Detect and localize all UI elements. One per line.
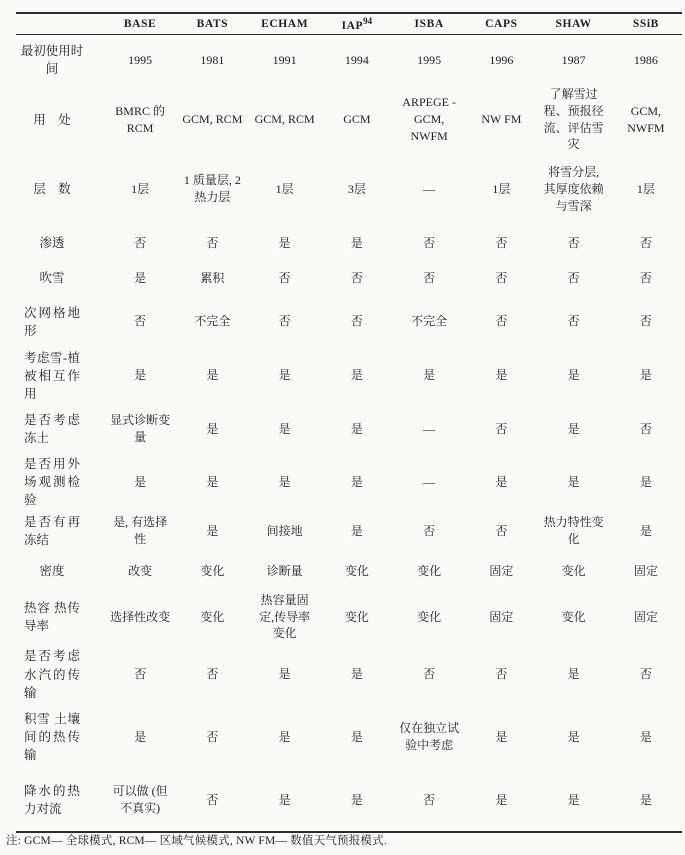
table-cell: 是 — [249, 225, 321, 261]
table-cell: 否 — [104, 295, 176, 348]
table-cell: 否 — [393, 770, 465, 832]
table-cell: 是 — [321, 770, 393, 832]
table-cell: 是 — [176, 455, 248, 509]
row-label: 是否用外场观测检验 — [16, 455, 104, 509]
table-row: 考虑雪-植被相互作用是是是是是是是是 — [16, 348, 682, 403]
column-header-label: SSiB — [633, 18, 659, 30]
column-header-label: ISBA — [415, 18, 444, 30]
table-cell: 可以做 (但不真实) — [104, 770, 176, 832]
table-cell: 是 — [249, 403, 321, 455]
table-cell: 1层 — [465, 153, 537, 225]
table-cell: 是 — [610, 510, 682, 553]
table-cell: 否 — [610, 403, 682, 455]
table-cell: 否 — [176, 225, 248, 261]
table-header-row: BASEBATSECHAMIAP94ISBACAPSSHAWSSiB — [16, 13, 682, 34]
table-cell: 将雪分层, 其厚度依赖与雪深 — [538, 153, 610, 225]
table-cell: 否 — [393, 645, 465, 705]
table-corner-cell — [16, 13, 104, 34]
row-label: 密度 — [16, 553, 104, 590]
table-cell: 否 — [610, 225, 682, 261]
table-footnote: 注: GCM— 全球模式, RCM— 区域气候模式, NW FM— 数值天气预报… — [6, 832, 676, 848]
row-label: 考虑雪-植被相互作用 — [16, 348, 104, 403]
row-label: 积雪 土壤间的热传输 — [16, 705, 104, 770]
table-cell: 1996 — [465, 34, 537, 86]
table-cell: 否 — [321, 295, 393, 348]
table-cell: 否 — [176, 705, 248, 770]
table-cell: 是 — [104, 348, 176, 403]
table-cell: 是 — [321, 225, 393, 261]
row-label: 渗透 — [16, 225, 104, 261]
table-cell: 否 — [610, 295, 682, 348]
table-cell: 是 — [538, 645, 610, 705]
table-cell: 否 — [249, 261, 321, 295]
table-cell: 是 — [610, 348, 682, 403]
table-cell: 1层 — [249, 153, 321, 225]
table-row: 用 处BMRC 的 RCMGCM, RCMGCM, RCMGCMARPEGE -… — [16, 86, 682, 153]
table-cell: 变化 — [176, 553, 248, 590]
table-cell: 是 — [465, 770, 537, 832]
column-header-base: BASE — [104, 13, 176, 34]
table-cell: 是 — [176, 348, 248, 403]
table-cell: 是 — [176, 510, 248, 553]
table-row: 密度改变变化诊断量变化变化固定变化固定 — [16, 553, 682, 590]
table-cell: 变化 — [393, 553, 465, 590]
table-cell: — — [393, 455, 465, 509]
table-cell: 否 — [538, 295, 610, 348]
row-label: 吹雪 — [16, 261, 104, 295]
column-header-superscript: 94 — [363, 16, 372, 26]
table-cell: 仅在独立试验中考虑 — [393, 705, 465, 770]
table-cell: 是 — [610, 770, 682, 832]
table-row: 是否有再冻结是, 有选择性是间接地是否否热力特性变化是 — [16, 510, 682, 553]
table-cell: 是 — [249, 455, 321, 509]
table-cell: 是 — [249, 645, 321, 705]
table-cell: 1层 — [104, 153, 176, 225]
scanned-paper-page: BASEBATSECHAMIAP94ISBACAPSSHAWSSiB 最初使用时… — [0, 0, 685, 855]
table-cell: 是 — [610, 455, 682, 509]
table-cell: 是 — [465, 455, 537, 509]
column-header-shaw: SHAW — [538, 13, 610, 34]
table-cell: 变化 — [538, 590, 610, 645]
table-cell: ARPEGE - GCM, NWFM — [393, 86, 465, 153]
column-header-bats: BATS — [176, 13, 248, 34]
table-row: 是否考虑冻土显式诊断变量是是是—否是否 — [16, 403, 682, 455]
table-cell: 否 — [465, 295, 537, 348]
row-label: 是否有再冻结 — [16, 510, 104, 553]
table-cell: 不完全 — [393, 295, 465, 348]
table-cell: 是 — [393, 348, 465, 403]
table-cell: 是 — [538, 455, 610, 509]
table-cell: 否 — [610, 645, 682, 705]
table-cell: 否 — [176, 645, 248, 705]
table-cell: 热容量固定,传导率变化 — [249, 590, 321, 645]
table-cell: 是 — [104, 261, 176, 295]
table-cell: 是 — [538, 705, 610, 770]
table-row: 降水的热力对流可以做 (但不真实)否是是否是是是 — [16, 770, 682, 832]
table-cell: GCM, RCM — [176, 86, 248, 153]
column-header-label: BASE — [124, 18, 156, 30]
table-cell: 变化 — [321, 553, 393, 590]
table-cell: GCM, NWFM — [610, 86, 682, 153]
table-cell: 是 — [104, 705, 176, 770]
table-cell: 是 — [321, 455, 393, 509]
table-cell: 固定 — [465, 553, 537, 590]
table-cell: 了解雪过程、预报径流、评估雪灾 — [538, 86, 610, 153]
table-cell: 是 — [104, 455, 176, 509]
table-cell: 变化 — [538, 553, 610, 590]
table-cell: 否 — [465, 403, 537, 455]
table-cell: 是 — [249, 705, 321, 770]
table-cell: 3层 — [321, 153, 393, 225]
table-cell: — — [393, 403, 465, 455]
table-cell: 否 — [393, 225, 465, 261]
column-header-iap: IAP94 — [321, 13, 393, 34]
row-label: 层 数 — [16, 153, 104, 225]
column-header-ssib: SSiB — [610, 13, 682, 34]
table-cell: 1995 — [393, 34, 465, 86]
table-cell: 变化 — [321, 590, 393, 645]
column-header-caps: CAPS — [465, 13, 537, 34]
table-cell: 否 — [393, 510, 465, 553]
table-cell: 否 — [104, 225, 176, 261]
table-cell: BMRC 的 RCM — [104, 86, 176, 153]
table-cell: 固定 — [465, 590, 537, 645]
table-cell: 1994 — [321, 34, 393, 86]
table-cell: 是 — [249, 770, 321, 832]
table-cell: 否 — [465, 645, 537, 705]
table-cell: 否 — [538, 261, 610, 295]
table-cell: 否 — [321, 261, 393, 295]
table-cell: 是 — [538, 770, 610, 832]
table-row: 次网格地形否不完全否否不完全否否否 — [16, 295, 682, 348]
column-header-label: CAPS — [485, 18, 517, 30]
table-cell: 是 — [465, 348, 537, 403]
table-cell: 是, 有选择性 — [104, 510, 176, 553]
row-label: 是否考虑冻土 — [16, 403, 104, 455]
table-row: 渗透否否是是否否否否 — [16, 225, 682, 261]
table-cell: 是 — [610, 705, 682, 770]
table-cell: 否 — [249, 295, 321, 348]
table-row: 积雪 土壤间的热传输是否是是仅在独立试验中考虑是是是 — [16, 705, 682, 770]
row-label: 热容 热传导率 — [16, 590, 104, 645]
row-label: 降水的热力对流 — [16, 770, 104, 832]
table-cell: 是 — [249, 348, 321, 403]
table-cell: 1987 — [538, 34, 610, 86]
table-cell: 1995 — [104, 34, 176, 86]
table-cell: 否 — [465, 261, 537, 295]
table-cell: GCM, RCM — [249, 86, 321, 153]
table-cell: 是 — [321, 403, 393, 455]
table-cell: 是 — [321, 645, 393, 705]
table-cell: 改变 — [104, 553, 176, 590]
snow-model-comparison-table: BASEBATSECHAMIAP94ISBACAPSSHAWSSiB 最初使用时… — [16, 12, 682, 833]
column-header-isba: ISBA — [393, 13, 465, 34]
row-label: 是否考虑水汽的传输 — [16, 645, 104, 705]
table-cell: 否 — [465, 225, 537, 261]
column-header-label: IAP — [342, 20, 364, 32]
table-cell: 是 — [321, 348, 393, 403]
table-row: 吹雪是累积否否否否否否 — [16, 261, 682, 295]
table-cell: 固定 — [610, 590, 682, 645]
table-cell: GCM — [321, 86, 393, 153]
table-cell: 否 — [104, 645, 176, 705]
row-label: 用 处 — [16, 86, 104, 153]
column-header-label: SHAW — [555, 18, 591, 30]
table-cell: 1986 — [610, 34, 682, 86]
table-cell: 否 — [393, 261, 465, 295]
table-cell: 变化 — [176, 590, 248, 645]
table-cell: 是 — [538, 403, 610, 455]
table-cell: 累积 — [176, 261, 248, 295]
table-cell: 否 — [538, 225, 610, 261]
table-cell: — — [393, 153, 465, 225]
column-header-echam: ECHAM — [249, 13, 321, 34]
table-cell: 不完全 — [176, 295, 248, 348]
table-cell: 固定 — [610, 553, 682, 590]
table-row: 层 数1层1 质量层, 2 热力层1层3层—1层将雪分层, 其厚度依赖与雪深1层 — [16, 153, 682, 225]
table-row: 是否用外场观测检验是是是是—是是是 — [16, 455, 682, 509]
table-cell: 是 — [538, 348, 610, 403]
table-cell: 诊断量 — [249, 553, 321, 590]
table-cell: 否 — [465, 510, 537, 553]
table-cell: 是 — [465, 705, 537, 770]
row-label: 最初使用时间 — [16, 34, 104, 86]
table-cell: 间接地 — [249, 510, 321, 553]
table-cell: 1991 — [249, 34, 321, 86]
table-cell: NW FM — [465, 86, 537, 153]
table-cell: 1 质量层, 2 热力层 — [176, 153, 248, 225]
column-header-label: ECHAM — [261, 18, 308, 30]
table-row: 最初使用时间19951981199119941995199619871986 — [16, 34, 682, 86]
table-row: 是否考虑水汽的传输否否是是否否是否 — [16, 645, 682, 705]
table-cell: 热力特性变化 — [538, 510, 610, 553]
table-cell: 变化 — [393, 590, 465, 645]
table-cell: 是 — [176, 403, 248, 455]
table-cell: 是 — [321, 510, 393, 553]
table-cell: 1层 — [610, 153, 682, 225]
table-cell: 1981 — [176, 34, 248, 86]
table-cell: 选择性改变 — [104, 590, 176, 645]
table-row: 热容 热传导率选择性改变变化热容量固定,传导率变化变化变化固定变化固定 — [16, 590, 682, 645]
table-cell: 是 — [321, 705, 393, 770]
table-cell: 否 — [610, 261, 682, 295]
table-cell: 显式诊断变量 — [104, 403, 176, 455]
table-cell: 否 — [176, 770, 248, 832]
column-header-label: BATS — [197, 18, 229, 30]
row-label: 次网格地形 — [16, 295, 104, 348]
